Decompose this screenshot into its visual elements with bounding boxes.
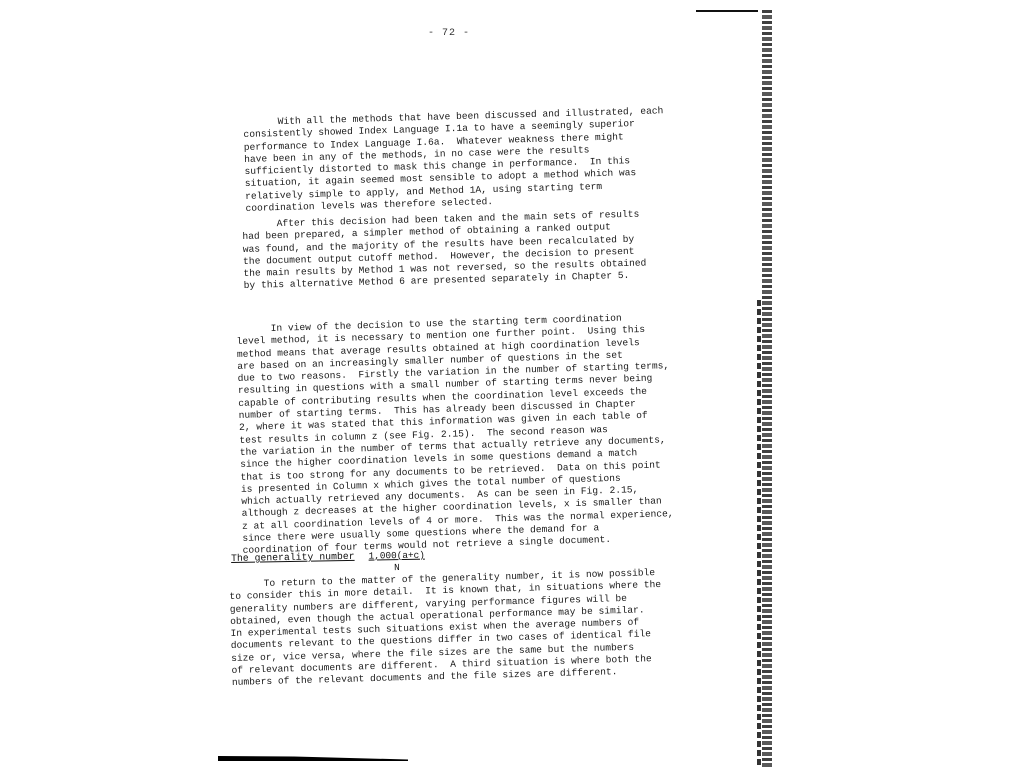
scan-edge-bottom xyxy=(218,756,408,761)
generality-heading-row: The generality number 1,000(a+c) N xyxy=(231,550,425,576)
generality-formula: 1,000(a+c) N xyxy=(368,550,425,574)
paragraph-coordination-levels: In view of the decision to use the start… xyxy=(236,311,675,557)
paragraph-method-selection: With all the methods that have been disc… xyxy=(243,105,666,215)
paragraph-alternative-method: After this decision had been taken and t… xyxy=(242,208,647,292)
scan-edge-right-inner xyxy=(757,300,761,768)
paragraph-generality-number: To return to the matter of the generalit… xyxy=(229,567,664,690)
section-heading: The generality number xyxy=(231,551,355,564)
scan-edge-right xyxy=(762,10,772,768)
scanned-page: - 72 - With all the methods that have be… xyxy=(0,0,1024,768)
scan-edge-top xyxy=(696,10,758,12)
page-number: - 72 - xyxy=(428,28,470,39)
formula-denominator: N xyxy=(394,562,400,573)
formula-numerator: 1,000(a+c) xyxy=(368,550,424,562)
